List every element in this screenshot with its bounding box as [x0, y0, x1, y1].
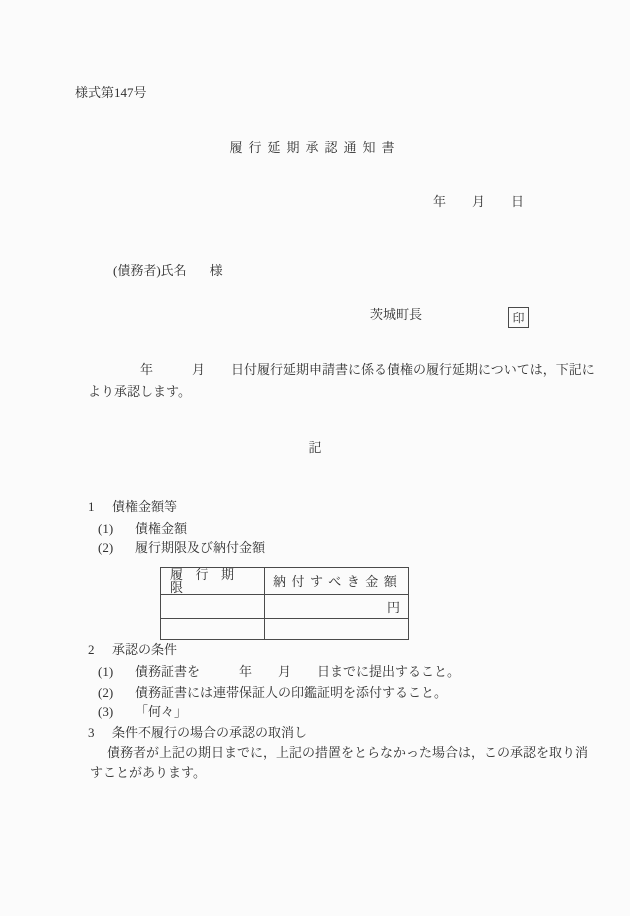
item-number: (2)	[98, 541, 113, 554]
deadline-cell	[161, 595, 265, 619]
section-number: 3	[88, 726, 95, 739]
item-number: (2)	[98, 686, 113, 699]
item-number: (1)	[98, 522, 113, 535]
document-page: 様式第147号 履行延期承認通知書 年 月 日 (債務者)氏名様 茨城町長 印 …	[0, 0, 630, 916]
item-text: 履行期限及び納付金額	[135, 541, 265, 554]
form-number: 様式第147号	[75, 86, 147, 99]
addressee-label: (債務者)氏名	[113, 263, 187, 278]
item-number: (3)	[98, 705, 113, 718]
body-paragraph-line1: 年 月 日付履行延期申請書に係る債権の履行延期については，下記に	[88, 363, 595, 376]
section-number: 2	[88, 643, 95, 656]
addressee-honorific: 様	[210, 263, 223, 278]
table-header-deadline: 履行期限	[161, 568, 265, 595]
section1-heading: 1 債権金額等	[0, 500, 630, 516]
section3-heading: 3 条件不履行の場合の承認の取消し	[0, 726, 630, 742]
amount-cell: 円	[265, 595, 409, 619]
payment-table: 履行期限 納付すべき金額 円	[160, 567, 409, 640]
seal-box: 印	[508, 307, 529, 328]
issuer-name: 茨城町長	[370, 308, 422, 321]
section2-heading: 2 承認の条件	[0, 643, 630, 659]
deadline-cell	[161, 619, 265, 640]
section3-paragraph-line2: すことがあります。	[90, 766, 206, 779]
table-header-row: 履行期限 納付すべき金額	[161, 568, 409, 595]
item-text: 債務証書を 年 月 日までに提出すること。	[135, 665, 460, 678]
item-text: 「何々」	[135, 705, 187, 718]
table-header-amount: 納付すべき金額	[265, 568, 409, 595]
section-title: 債権金額等	[112, 500, 177, 513]
section2-item-1: (1) 債務証書を 年 月 日までに提出すること。	[0, 665, 630, 681]
addressee-line: (債務者)氏名様	[100, 251, 223, 290]
seal-label: 印	[512, 312, 524, 324]
item-text: 債権金額	[135, 522, 187, 535]
section1-item-2: (2) 履行期限及び納付金額	[0, 541, 630, 557]
amount-cell	[265, 619, 409, 640]
section-title: 条件不履行の場合の承認の取消し	[112, 726, 307, 739]
section1-item-1: (1) 債権金額	[0, 522, 630, 538]
page-title: 履行延期承認通知書	[0, 141, 630, 154]
date-line: 年 月 日	[433, 195, 524, 208]
section-title: 承認の条件	[112, 643, 177, 656]
table-row: 円	[161, 595, 409, 619]
item-number: (1)	[98, 665, 113, 678]
section2-item-3: (3) 「何々」	[0, 705, 630, 721]
section2-item-2: (2) 債務証書には連帯保証人の印鑑証明を添付すること。	[0, 686, 630, 702]
item-text: 債務証書には連帯保証人の印鑑証明を添付すること。	[135, 686, 447, 699]
record-heading: 記	[0, 441, 630, 454]
section3-paragraph-line1: 債務者が上記の期日までに，上記の措置をとらなかった場合は，この承認を取り消	[107, 746, 588, 759]
section-number: 1	[88, 500, 95, 513]
table-row	[161, 619, 409, 640]
body-paragraph-line2: より承認します。	[88, 385, 191, 398]
